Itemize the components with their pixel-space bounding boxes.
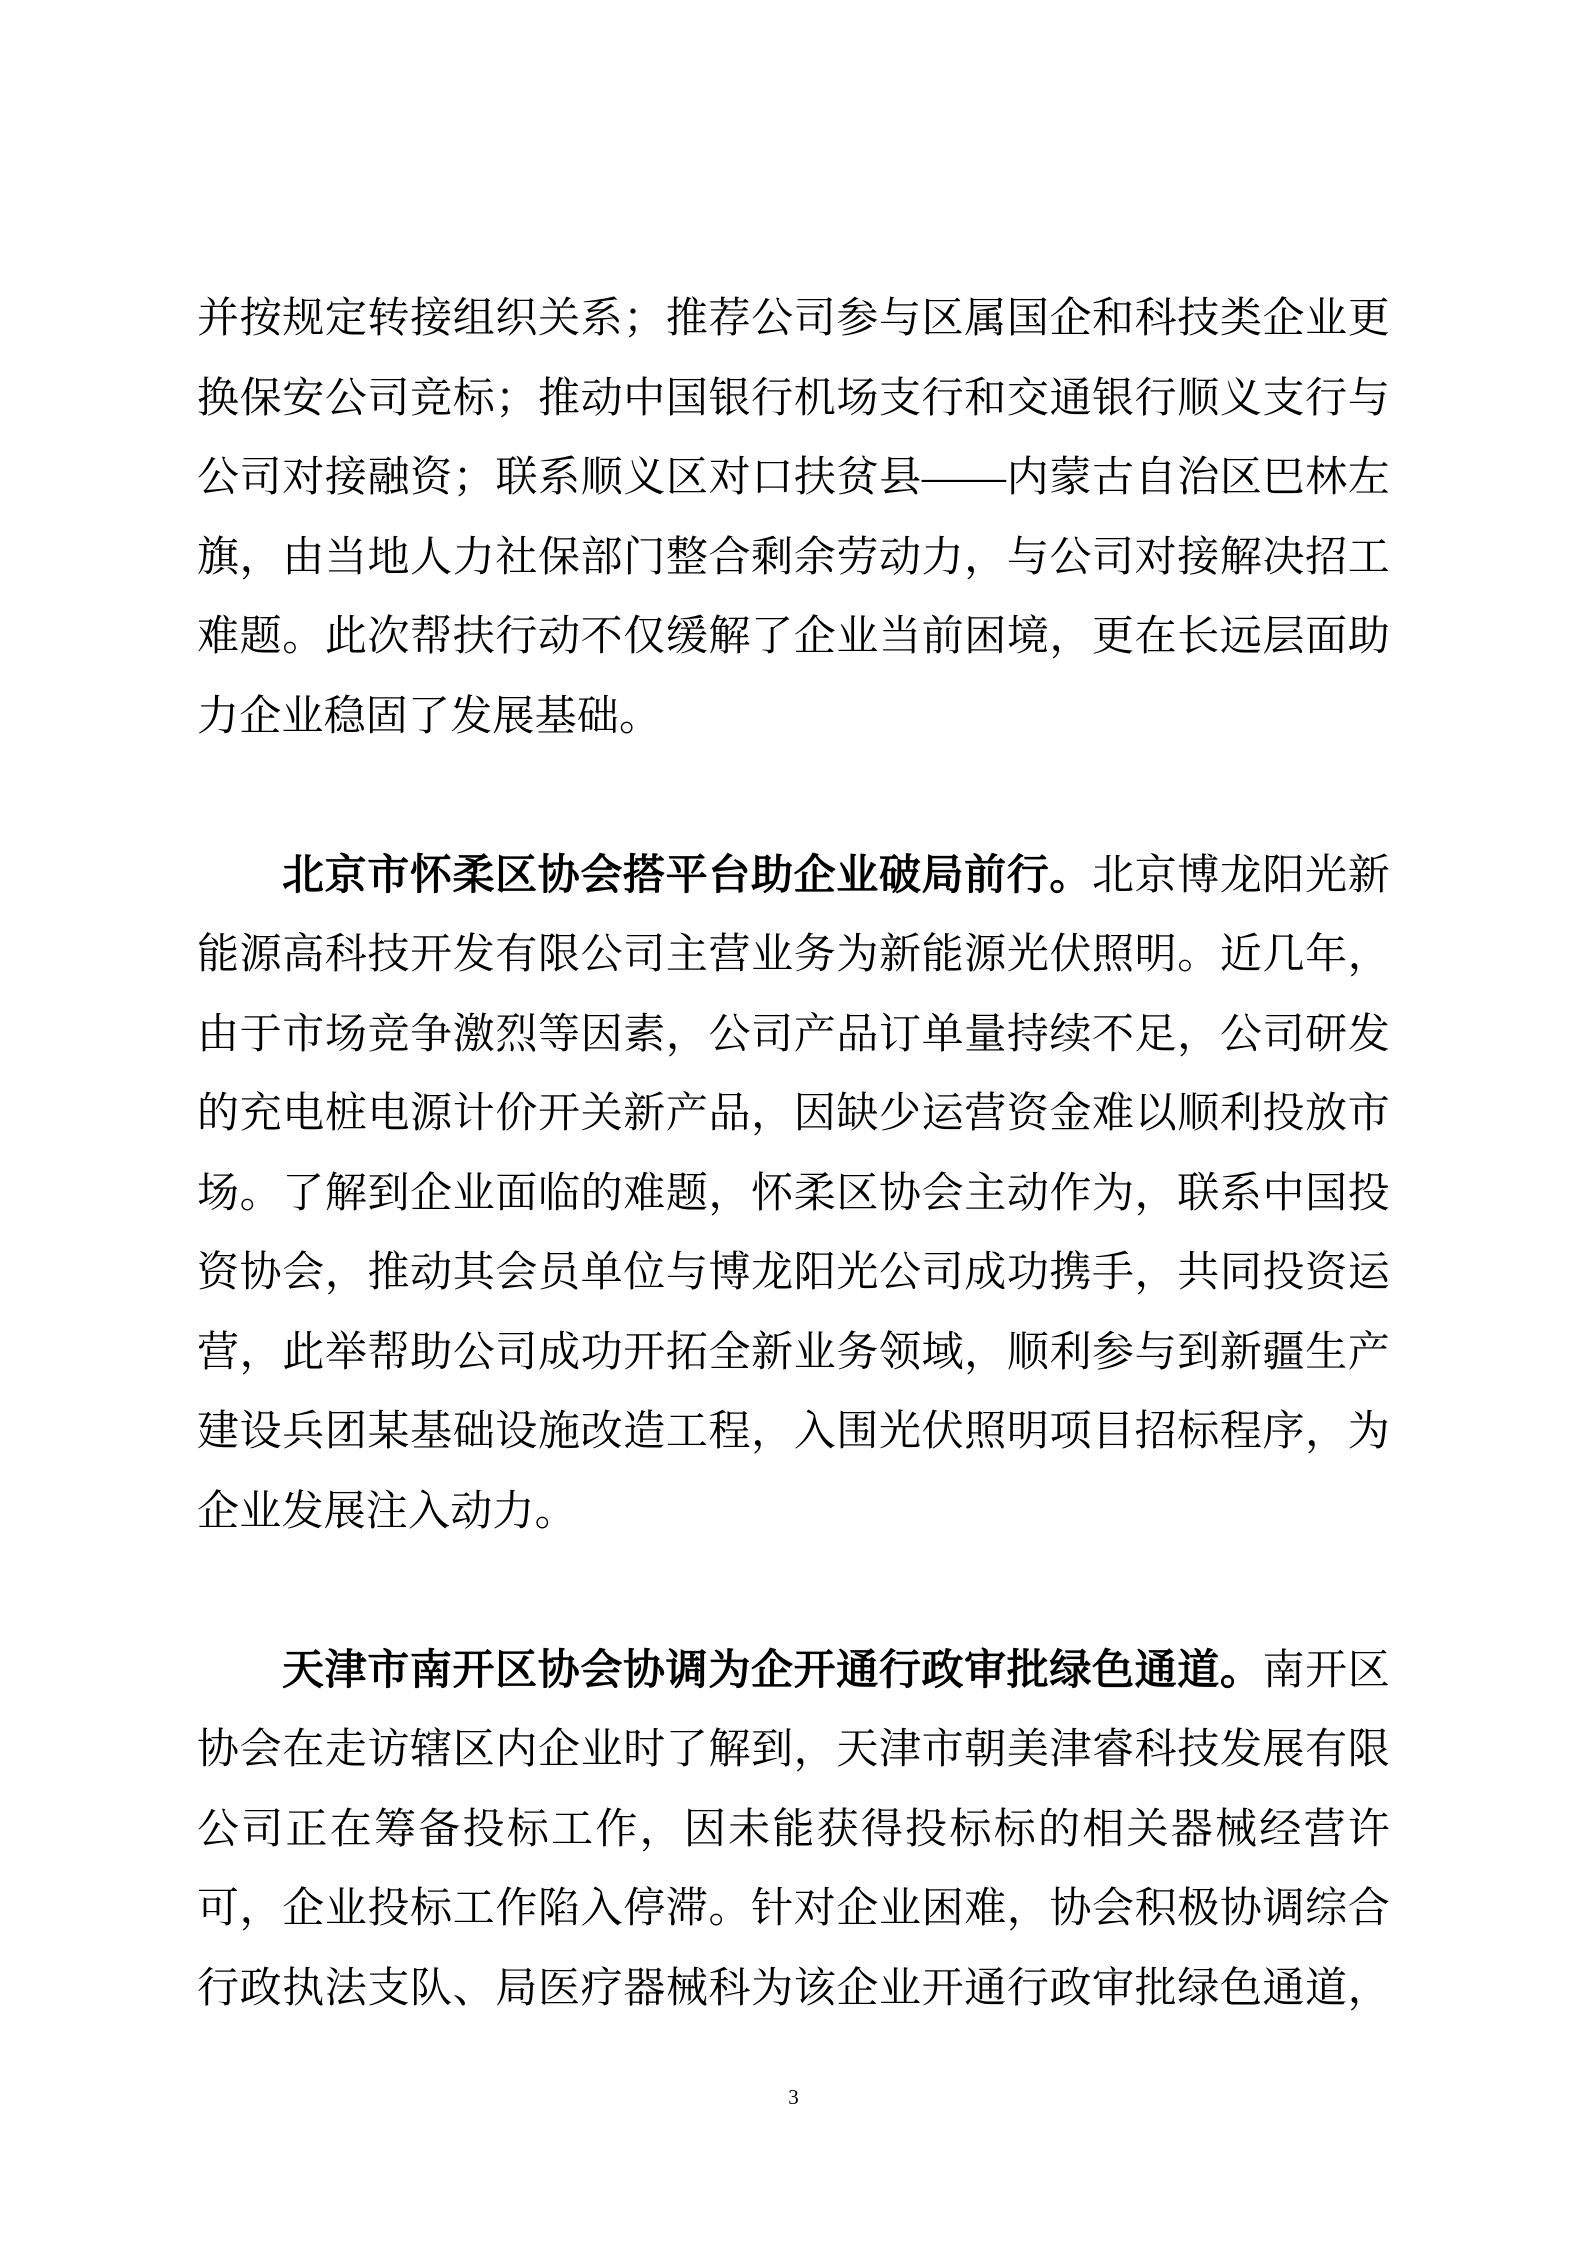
text-line: 行政执法支队、局医疗器械科为该企业开通行政审批绿色通道， <box>197 1950 1390 2030</box>
text-line: 公司对接融资；联系顺义区对口扶贫县——内蒙古自治区巴林左 <box>197 439 1390 519</box>
document-page: 并按规定转接组织关系；推荐公司参与区属国企和科技类企业更 换保安公司竞标；推动中… <box>0 0 1588 2245</box>
paragraph-3-heading: 天津市南开区协会协调为企开通行政审批绿色通道。 <box>282 1648 1263 1694</box>
text-body: 并按规定转接组织关系；推荐公司参与区属国企和科技类企业更 换保安公司竞标；推动中… <box>197 280 1390 2029</box>
paragraph-1-continuation: 并按规定转接组织关系；推荐公司参与区属国企和科技类企业更 换保安公司竞标；推动中… <box>197 280 1390 757</box>
text-line: 旗，由当地人力社保部门整合剩余劳动力，与公司对接解决招工 <box>197 519 1390 599</box>
paragraph-3-nankai: 天津市南开区协会协调为企开通行政审批绿色通道。南开区 协会在走访辖区内企业时了解… <box>197 1632 1390 2030</box>
text-line: 营，此举帮助公司成功开拓全新业务领域，顺利参与到新疆生产 <box>197 1314 1390 1394</box>
text-line: 场。了解到企业面临的难题，怀柔区协会主动作为，联系中国投 <box>197 1155 1390 1235</box>
text-line: 并按规定转接组织关系；推荐公司参与区属国企和科技类企业更 <box>197 280 1390 360</box>
text-line: 协会在走访辖区内企业时了解到，天津市朝美津睿科技发展有限 <box>197 1711 1390 1791</box>
text-line: 难题。此次帮扶行动不仅缓解了企业当前困境，更在长远层面助 <box>197 598 1390 678</box>
paragraph-2-line1-rest: 北京博龙阳光新 <box>1092 853 1390 899</box>
page-number: 3 <box>197 2083 1390 2111</box>
text-line: 力企业稳固了发展基础。 <box>197 678 1390 758</box>
paragraph-2-huairou: 北京市怀柔区协会搭平台助企业破局前行。北京博龙阳光新 能源高科技开发有限公司主营… <box>197 837 1390 1553</box>
text-line: 能源高科技开发有限公司主营业务为新能源光伏照明。近几年， <box>197 916 1390 996</box>
text-line: 北京市怀柔区协会搭平台助企业破局前行。北京博龙阳光新 <box>197 837 1390 917</box>
text-line: 可，企业投标工作陷入停滞。针对企业困难，协会积极协调综合 <box>197 1870 1390 1950</box>
paragraph-2-heading: 北京市怀柔区协会搭平台助企业破局前行。 <box>282 853 1092 899</box>
text-line: 公司正在筹备投标工作，因未能获得投标标的相关器械经营许 <box>197 1791 1390 1871</box>
text-line: 换保安公司竞标；推动中国银行机场支行和交通银行顺义支行与 <box>197 360 1390 440</box>
text-line: 资协会，推动其会员单位与博龙阳光公司成功携手，共同投资运 <box>197 1234 1390 1314</box>
paragraph-3-line1-rest: 南开区 <box>1263 1648 1390 1694</box>
text-line: 由于市场竞争激烈等因素，公司产品订单量持续不足，公司研发 <box>197 996 1390 1076</box>
text-line: 的充电桩电源计价开关新产品，因缺少运营资金难以顺利投放市 <box>197 1075 1390 1155</box>
text-line: 天津市南开区协会协调为企开通行政审批绿色通道。南开区 <box>197 1632 1390 1712</box>
text-line: 建设兵团某基础设施改造工程，入围光伏照明项目招标程序，为 <box>197 1393 1390 1473</box>
text-line: 企业发展注入动力。 <box>197 1473 1390 1553</box>
